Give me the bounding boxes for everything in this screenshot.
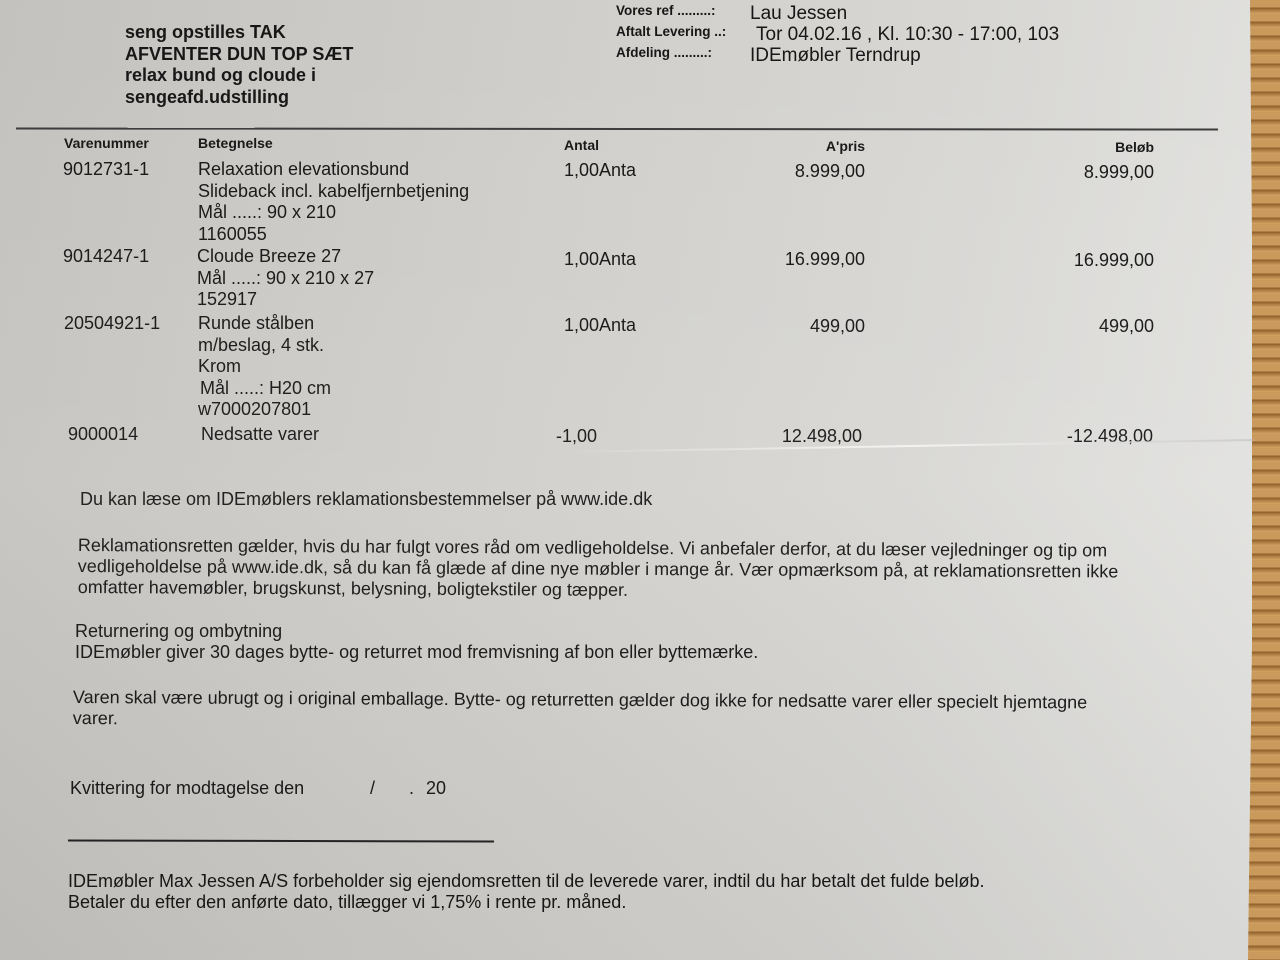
item-quantity: 1,00Anta xyxy=(564,160,636,181)
ref-value: Lau Jessen xyxy=(750,3,847,25)
note-line: AFVENTER DUN TOP SÆT xyxy=(125,44,353,66)
item-amount: 499,00 xyxy=(1034,316,1154,337)
item-amount: 16.999,00 xyxy=(1034,250,1154,271)
item-unit-price: 12.498,00 xyxy=(742,426,862,447)
item-no: 9012731-1 xyxy=(63,159,149,180)
department-label: Afdeling .........: xyxy=(616,45,712,60)
item-unit-price: 16.999,00 xyxy=(745,249,865,270)
description-line: Runde stålben xyxy=(198,313,331,335)
order-note: seng opstilles TAK AFVENTER DUN TOP SÆT … xyxy=(125,22,353,108)
description-line: Nedsatte varer xyxy=(201,424,319,446)
note-line: sengeafd.udstilling xyxy=(125,87,353,109)
description-line: m/beslag, 4 stk. xyxy=(198,335,331,357)
receipt-date-slash: / xyxy=(370,778,375,799)
item-quantity: -1,00 xyxy=(556,426,597,447)
footer-line: Betaler du efter den anførte dato, tillæ… xyxy=(68,892,985,913)
receipt-date-dot: . xyxy=(409,778,414,799)
receipt-paper: seng opstilles TAK AFVENTER DUN TOP SÆT … xyxy=(0,0,1252,960)
delivery-value: Tor 04.02.16 , Kl. 10:30 - 17:00, 103 xyxy=(756,24,1059,46)
receipt-label: Kvittering for modtagelse den xyxy=(70,778,304,799)
item-quantity: 1,00Anta xyxy=(564,315,636,336)
ref-label: Vores ref .........: xyxy=(616,3,716,18)
description-line: Mål .....: H20 cm xyxy=(198,378,331,400)
item-description: Nedsatte varer xyxy=(201,424,319,446)
item-unit-price: 499,00 xyxy=(745,316,865,337)
description-line: 152917 xyxy=(197,289,374,311)
ownership-footer: IDEmøbler Max Jessen A/S forbeholder sig… xyxy=(68,871,985,913)
signature-line[interactable] xyxy=(68,839,494,842)
col-header-description: Betegnelse xyxy=(198,135,273,151)
description-line: Slideback incl. kabelfjernbetjening xyxy=(198,181,469,203)
item-amount: 8.999,00 xyxy=(1034,162,1154,183)
note-line: relax bund og cloude i xyxy=(125,65,353,87)
condition-paragraph: Varen skal være ubrugt og i original emb… xyxy=(73,687,1087,734)
item-no: 9000014 xyxy=(68,424,138,445)
item-description: Cloude Breeze 27 Mål .....: 90 x 210 x 2… xyxy=(197,246,374,311)
returns-line: IDEmøbler giver 30 dages bytte- og retur… xyxy=(75,642,758,663)
description-line: Mål .....: 90 x 210 x 27 xyxy=(197,268,374,290)
item-no: 20504921-1 xyxy=(64,313,160,334)
description-line: Relaxation elevationsbund xyxy=(198,159,469,181)
description-line: Krom xyxy=(198,356,331,378)
col-header-amount: Beløb xyxy=(1054,139,1154,155)
item-description: Relaxation elevationsbund Slideback incl… xyxy=(198,159,469,245)
col-header-quantity: Antal xyxy=(564,137,599,153)
description-line: w7000207801 xyxy=(198,399,331,421)
header-divider xyxy=(16,127,1218,130)
complaints-paragraph: Reklamationsretten gælder, hvis du har f… xyxy=(78,535,1119,603)
item-unit-price: 8.999,00 xyxy=(745,161,865,182)
complaints-link-line: Du kan læse om IDEmøblers reklamationsbe… xyxy=(80,489,652,510)
description-line: Mål .....: 90 x 210 xyxy=(198,202,469,224)
footer-line: IDEmøbler Max Jessen A/S forbeholder sig… xyxy=(68,871,985,892)
col-header-unit-price: A'pris xyxy=(765,138,865,154)
item-quantity: 1,00Anta xyxy=(564,249,636,270)
paper-crease xyxy=(560,439,1260,453)
returns-heading: Returnering og ombytning xyxy=(75,621,758,642)
item-no: 9014247-1 xyxy=(63,246,149,267)
returns-section: Returnering og ombytning IDEmøbler giver… xyxy=(75,621,758,663)
delivery-label: Aftalt Levering ..: xyxy=(616,24,726,39)
department-value: IDEmøbler Terndrup xyxy=(750,45,921,67)
col-header-item-no: Varenummer xyxy=(64,135,149,151)
receipt-year-prefix: 20 xyxy=(426,778,446,799)
description-line: 1160055 xyxy=(198,224,469,246)
note-line: seng opstilles TAK xyxy=(125,22,353,44)
description-line: Cloude Breeze 27 xyxy=(197,246,374,268)
item-description: Runde stålben m/beslag, 4 stk. Krom Mål … xyxy=(198,313,331,421)
